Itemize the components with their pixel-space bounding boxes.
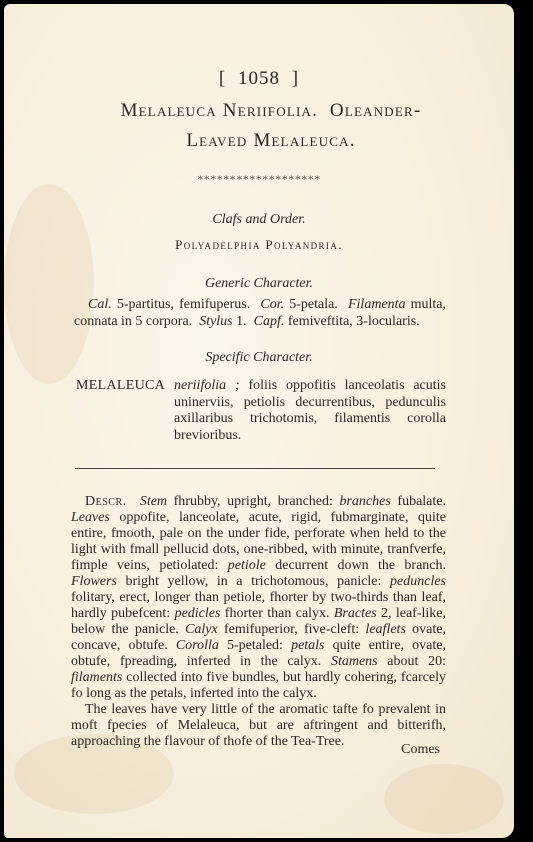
text-segment: petals	[291, 638, 324, 653]
text-segment: branches	[339, 494, 390, 509]
asterisk-ornament: *******************	[4, 172, 514, 187]
text-segment: Flowers	[71, 574, 117, 589]
title-line-2: Leaved Melaleuca.	[54, 126, 488, 156]
text-segment: Cor.	[260, 297, 284, 312]
book-page: [ 1058 ] Melaleuca Neriifolia. Oleander-…	[4, 4, 514, 838]
text-segment: Capf.	[254, 314, 285, 329]
text-segment: 5-partitus, femifuperus.	[112, 297, 261, 312]
class-order-value: Polyadelphia Polyandria.	[4, 237, 514, 253]
specific-character-text: neriifolia ; foliis oppofitis lanceolati…	[174, 378, 446, 444]
page-title: Melaleuca Neriifolia. Oleander- Leaved M…	[54, 96, 488, 156]
text-segment: 1.	[233, 314, 254, 329]
text-segment: Stylus	[199, 314, 232, 329]
text-segment: Stamens	[331, 654, 378, 669]
text-segment: 5-petala.	[284, 297, 348, 312]
page-content: [ 1058 ] Melaleuca Neriifolia. Oleander-…	[4, 4, 514, 838]
text-segment: femifuperior, five-cleft:	[218, 622, 366, 637]
specific-character-heading: Specific Character.	[4, 350, 514, 366]
text-segment: Calyx	[185, 622, 218, 637]
text-segment: bright yellow, in a trichotomous, panicl…	[117, 574, 390, 589]
text-segment: leaflets	[365, 622, 405, 637]
text-segment: pedicles	[175, 606, 221, 621]
catchword: Comes	[401, 742, 440, 758]
class-order-heading: Clafs and Order.	[4, 212, 514, 228]
text-segment: Filamenta	[348, 297, 406, 312]
text-segment: fhrubby, upright, branched:	[167, 494, 339, 509]
description-paragraph-1: Descr. Stem fhrubby, upright, branched: …	[71, 494, 446, 702]
horizontal-rule	[75, 468, 435, 469]
text-segment: Bractes	[334, 606, 377, 621]
description-section: Descr. Stem fhrubby, upright, branched: …	[71, 494, 446, 750]
title-line-1: Melaleuca Neriifolia. Oleander-	[54, 96, 488, 126]
text-segment: Stem	[140, 494, 167, 509]
text-segment: femiveftita, 3-locularis.	[284, 314, 419, 329]
text-segment: fubalate.	[391, 494, 446, 509]
description-paragraph-2: The leaves have very little of the aroma…	[71, 702, 446, 750]
text-segment: Leaves	[71, 510, 110, 525]
text-segment: filaments	[71, 670, 122, 685]
text-segment: Cal.	[88, 297, 112, 312]
text-segment: about 20:	[378, 654, 446, 669]
page-number: [ 1058 ]	[4, 68, 514, 90]
species-name: neriifolia ;	[174, 378, 240, 393]
description-label: Descr.	[85, 494, 127, 509]
text-segment: peduncles	[390, 574, 446, 589]
text-segment: collected into five bundles, but hardly …	[71, 670, 446, 701]
text-segment: decurrent down the branch.	[266, 558, 446, 573]
text-segment: 5-petaled:	[219, 638, 291, 653]
generic-character-text: Cal. 5-partitus, femifuperus. Cor. 5-pet…	[74, 296, 446, 330]
text-segment: petiole	[228, 558, 266, 573]
genus-name: MELALEUCA	[76, 378, 165, 395]
generic-character-heading: Generic Character.	[4, 276, 514, 292]
specific-character-block: MELALEUCA neriifolia ; foliis oppofitis …	[76, 378, 446, 444]
text-segment: Corolla	[176, 638, 219, 653]
text-segment: fhorter than calyx.	[220, 606, 333, 621]
